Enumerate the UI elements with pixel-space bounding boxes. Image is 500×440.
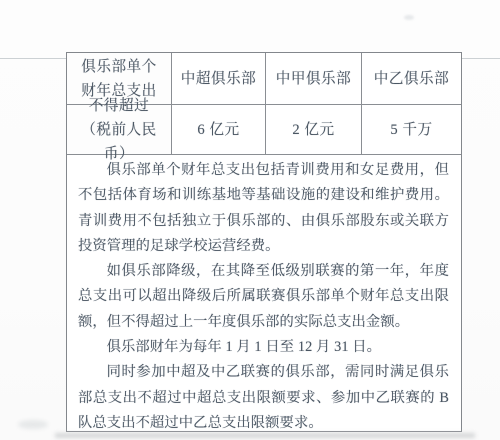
note-paragraph-dual-league-rule: 同时参加中超及中乙联赛的俱乐部，需同时满足俱乐部总支出不超过中超总支出限额要求、… xyxy=(78,360,449,436)
note-paragraph-relegation-rule: 如俱乐部降级，在其降至低级别联赛的第一年，年度总支出可以超出降级后所属联赛俱乐部… xyxy=(78,259,449,335)
scan-smudge xyxy=(18,420,48,429)
table-cell-league-one-limit-value: 2 亿元 xyxy=(266,105,362,155)
table-cell-league-two-club-header: 中乙俱乐部 xyxy=(362,53,461,105)
table-cell-csl-limit-value: 6 亿元 xyxy=(172,105,266,155)
table-notes-cell: 俱乐部单个财年总支出包括青训费用和女足费用，但不包括体育场和训练基地等基础设施的… xyxy=(67,155,461,436)
expenditure-limit-table: 俱乐部单个财年总支出 中超俱乐部 中甲俱乐部 中乙俱乐部 不得超过（税前人民币）… xyxy=(66,52,462,432)
table-cell-league-two-limit-value: 5 千万 xyxy=(362,105,461,155)
table-cell-league-one-club-header: 中甲俱乐部 xyxy=(266,53,362,105)
scan-shadow xyxy=(55,433,475,438)
table-cell-csl-club-header: 中超俱乐部 xyxy=(172,53,266,105)
note-paragraph-expenditure-scope: 俱乐部单个财年总支出包括青训费用和女足费用，但不包括体育场和训练基地等基础设施的… xyxy=(78,158,449,259)
note-paragraph-fiscal-year-dates: 俱乐部财年为每年 1 月 1 日至 12 月 31 日。 xyxy=(78,335,449,360)
table-cell-limit-label: 不得超过（税前人民币） xyxy=(67,105,172,155)
scan-speck xyxy=(404,15,414,20)
document-page: 俱乐部单个财年总支出 中超俱乐部 中甲俱乐部 中乙俱乐部 不得超过（税前人民币）… xyxy=(0,0,500,440)
